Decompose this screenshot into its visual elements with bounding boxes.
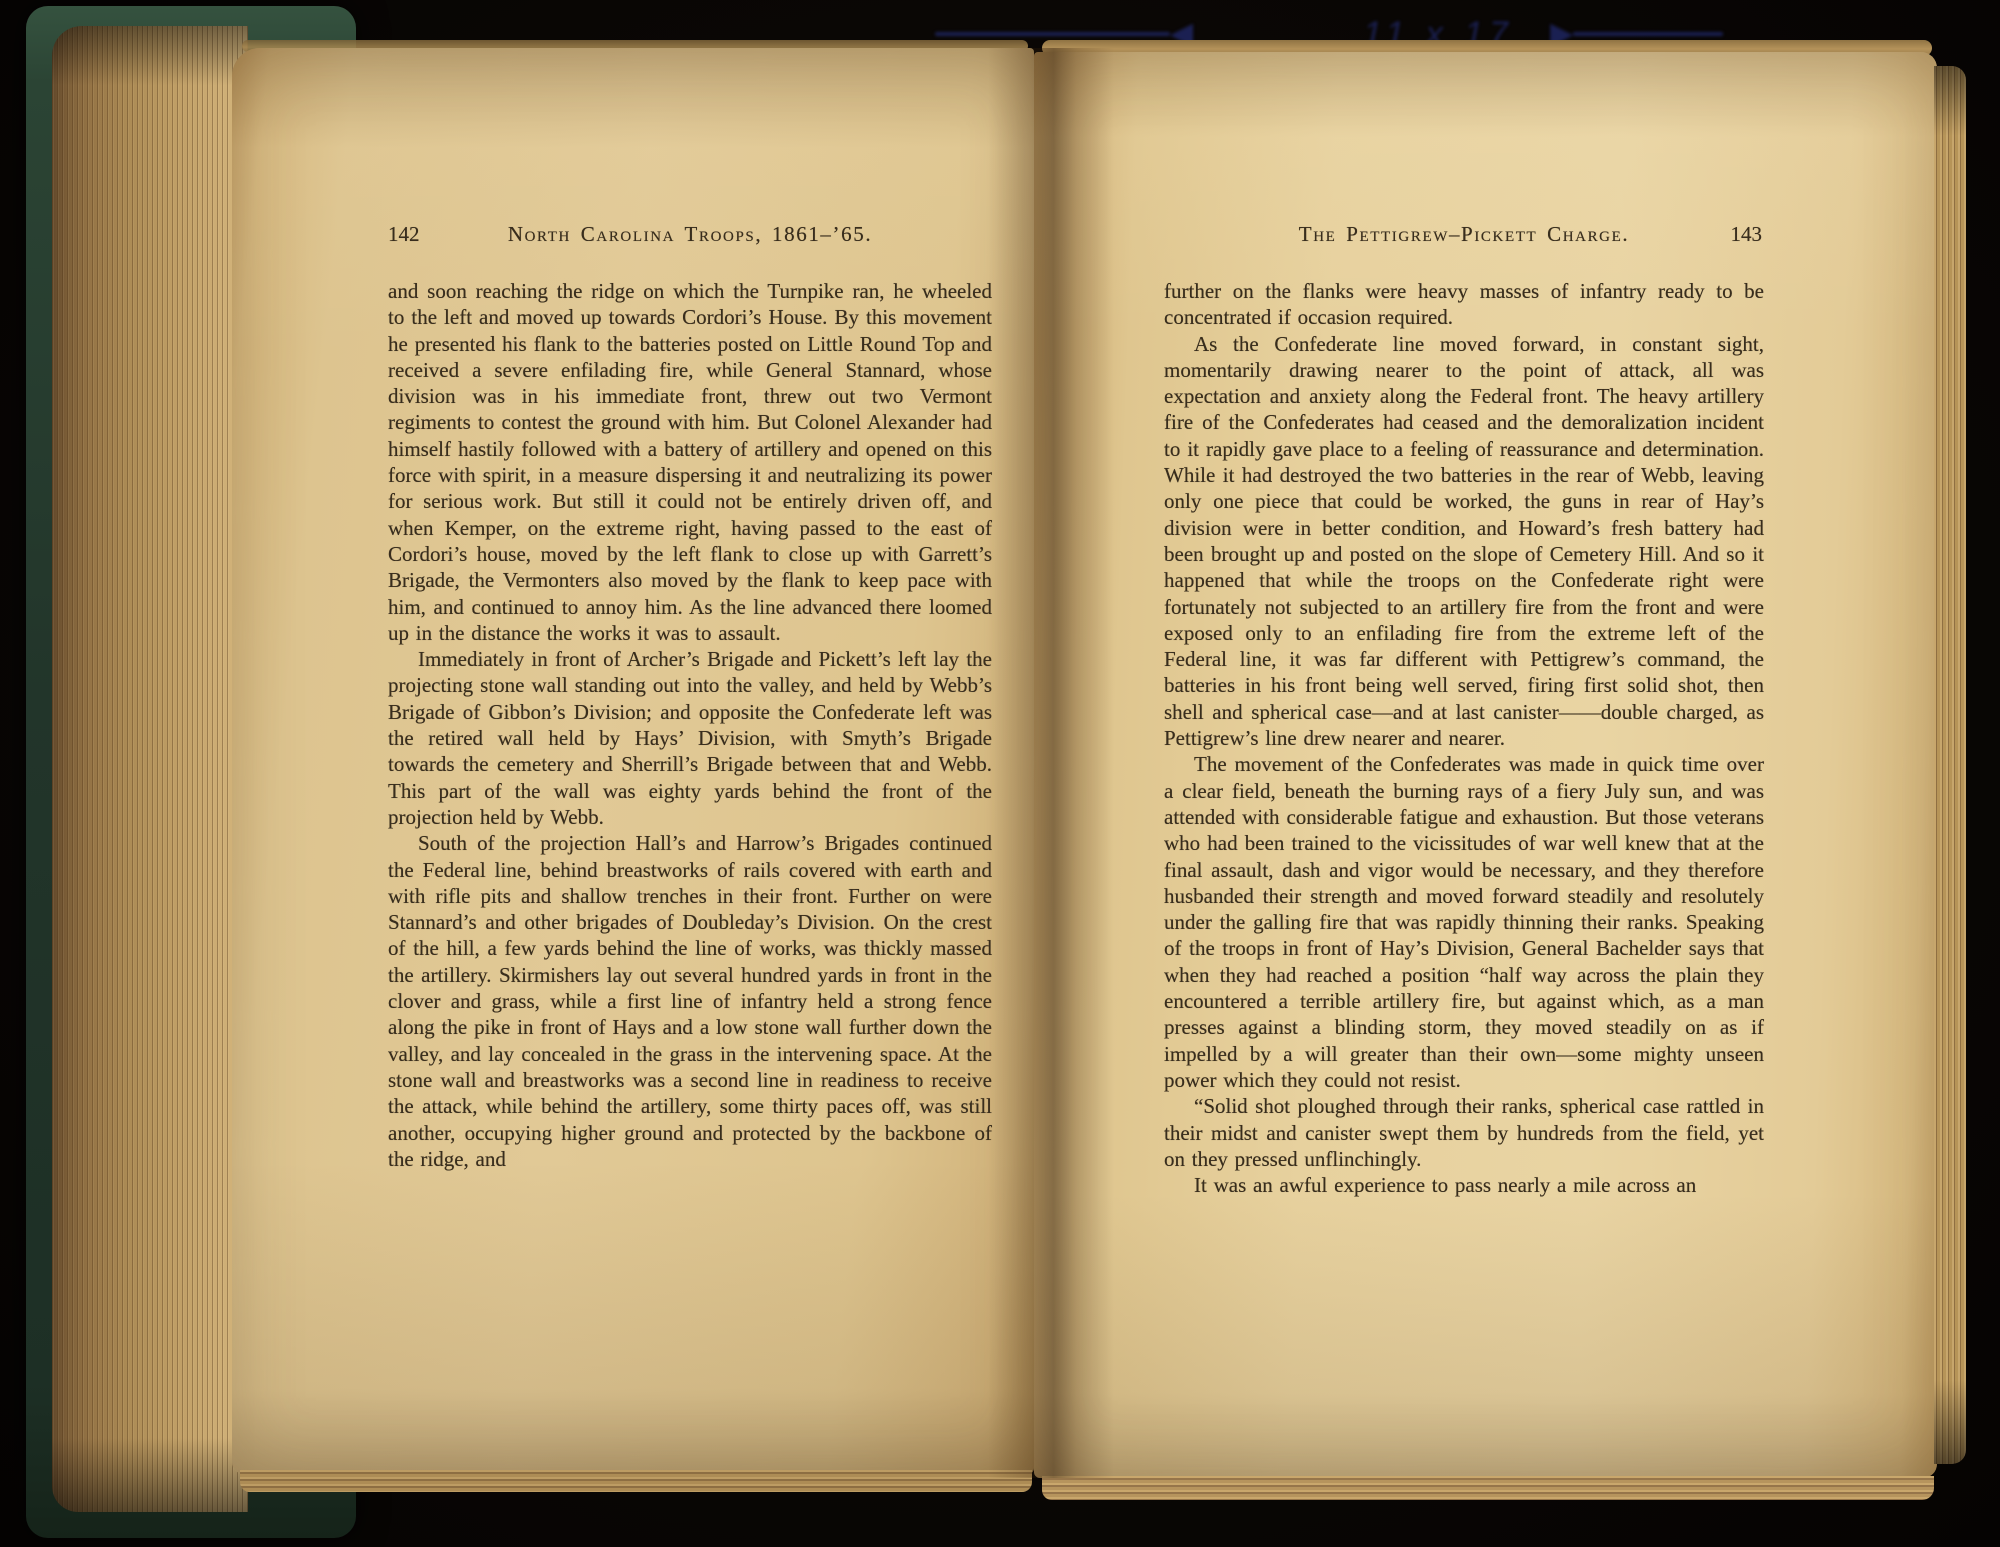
right-fore-edge	[1934, 66, 1966, 1464]
paragraph: “Solid shot ploughed through their ranks…	[1164, 1093, 1764, 1172]
paragraph: further on the flanks were heavy masses …	[1164, 278, 1764, 331]
scanned-book-spread: { "scanner_annotation": { "label": "11 x…	[0, 0, 2000, 1547]
paragraph: and soon reaching the ridge on which the…	[388, 278, 992, 646]
left-page-body: and soon reaching the ridge on which the…	[388, 278, 992, 1172]
right-page-number: 143	[1731, 222, 1763, 247]
paragraph: The movement of the Confederates was mad…	[1164, 751, 1764, 1093]
left-page-bottom-edge	[240, 1470, 1032, 1492]
dimension-line-right	[1573, 32, 1723, 36]
left-page-header: 142 North Carolina Troops, 1861–’65.	[388, 222, 992, 252]
left-page-text: 142 North Carolina Troops, 1861–’65. and…	[388, 222, 992, 1172]
right-page-bottom-edge	[1042, 1476, 1934, 1500]
dimension-line-left	[935, 32, 1170, 36]
right-page-body: further on the flanks were heavy masses …	[1164, 278, 1764, 1198]
left-running-header: North Carolina Troops, 1861–’65.	[508, 222, 872, 246]
right-page-header: The Pettigrew–Pickett Charge. 143	[1164, 222, 1764, 252]
right-page-text: The Pettigrew–Pickett Charge. 143 furthe…	[1164, 222, 1764, 1198]
paragraph: Immediately in front of Archer’s Brigade…	[388, 646, 992, 830]
left-page-number: 142	[388, 222, 420, 247]
paragraph: South of the projection Hall’s and Harro…	[388, 830, 992, 1172]
paragraph: It was an awful experience to pass nearl…	[1164, 1172, 1764, 1198]
paragraph: As the Confederate line moved forward, i…	[1164, 331, 1764, 752]
right-running-header: The Pettigrew–Pickett Charge.	[1299, 222, 1629, 246]
left-page-edge-stack	[52, 26, 248, 1512]
